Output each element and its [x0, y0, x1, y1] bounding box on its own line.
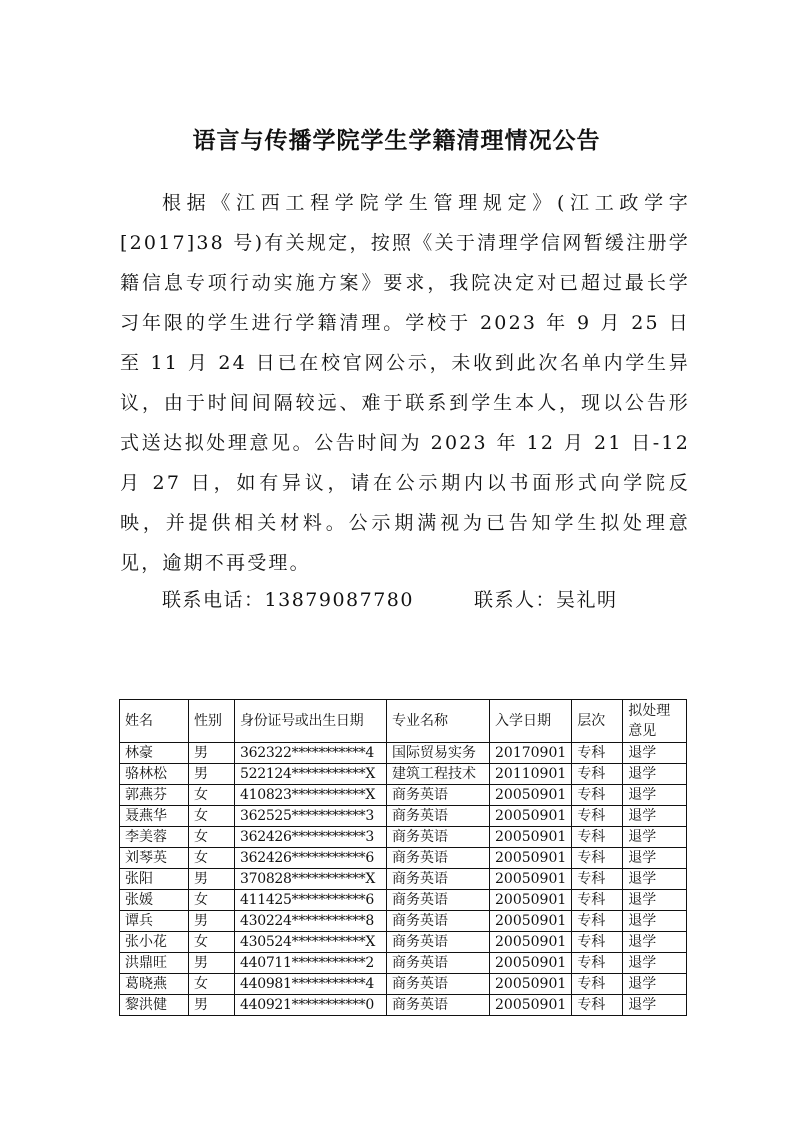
cell-major: 商务英语	[387, 932, 490, 953]
cell-major: 商务英语	[387, 995, 490, 1016]
cell-gender: 女	[189, 827, 235, 848]
cell-id: 430224***********8	[235, 911, 387, 932]
cell-name: 张小花	[120, 932, 189, 953]
cell-major: 商务英语	[387, 911, 490, 932]
table-row: 聂燕华女362525***********3商务英语20050901专科退学	[120, 806, 687, 827]
announcement-body: 根据《江西工程学院学生管理规定》(江工政学字[2017]38 号)有关规定，按照…	[120, 183, 690, 583]
cell-enroll-date: 20050901	[490, 953, 572, 974]
cell-enroll-date: 20050901	[490, 974, 572, 995]
cell-opinion: 退学	[623, 869, 687, 890]
cell-gender: 女	[189, 785, 235, 806]
table-header-row: 姓名 性别 身份证号或出生日期 专业名称 入学日期 层次 拟处理意见	[120, 700, 687, 743]
cell-gender: 男	[189, 869, 235, 890]
cell-gender: 男	[189, 911, 235, 932]
table-row: 张阳男370828***********X商务英语20050901专科退学	[120, 869, 687, 890]
table-row: 谭兵男430224***********8商务英语20050901专科退学	[120, 911, 687, 932]
header-name: 姓名	[120, 700, 189, 743]
cell-major: 商务英语	[387, 785, 490, 806]
cell-enroll-date: 20170901	[490, 743, 572, 764]
cell-major: 商务英语	[387, 974, 490, 995]
cell-level: 专科	[572, 932, 623, 953]
cell-name: 洪鼎旺	[120, 953, 189, 974]
student-table: 姓名 性别 身份证号或出生日期 专业名称 入学日期 层次 拟处理意见 林豪男36…	[119, 699, 687, 1016]
table-row: 葛晓燕女440981***********4商务英语20050901专科退学	[120, 974, 687, 995]
cell-opinion: 退学	[623, 827, 687, 848]
table-row: 刘琴英女362426***********6商务英语20050901专科退学	[120, 848, 687, 869]
cell-level: 专科	[572, 974, 623, 995]
cell-id: 522124***********X	[235, 764, 387, 785]
cell-enroll-date: 20050901	[490, 827, 572, 848]
cell-major: 商务英语	[387, 869, 490, 890]
cell-level: 专科	[572, 995, 623, 1016]
cell-enroll-date: 20110901	[490, 764, 572, 785]
cell-level: 专科	[572, 743, 623, 764]
contact-person: 吴礼明	[556, 585, 618, 612]
cell-enroll-date: 20050901	[490, 932, 572, 953]
cell-level: 专科	[572, 869, 623, 890]
cell-gender: 男	[189, 743, 235, 764]
table-row: 洪鼎旺男440711***********2商务英语20050901专科退学	[120, 953, 687, 974]
cell-opinion: 退学	[623, 743, 687, 764]
cell-id: 440981***********4	[235, 974, 387, 995]
cell-opinion: 退学	[623, 995, 687, 1016]
phone-number: 13879087780	[265, 589, 414, 611]
cell-gender: 女	[189, 974, 235, 995]
cell-id: 440711***********2	[235, 953, 387, 974]
cell-level: 专科	[572, 953, 623, 974]
cell-enroll-date: 20050901	[490, 890, 572, 911]
table-row: 张小花女430524***********X商务英语20050901专科退学	[120, 932, 687, 953]
cell-name: 张媛	[120, 890, 189, 911]
cell-name: 骆林松	[120, 764, 189, 785]
cell-enroll-date: 20050901	[490, 806, 572, 827]
cell-enroll-date: 20050901	[490, 785, 572, 806]
cell-id: 362322***********4	[235, 743, 387, 764]
cell-opinion: 退学	[623, 764, 687, 785]
cell-gender: 女	[189, 806, 235, 827]
cell-gender: 女	[189, 932, 235, 953]
cell-id: 440921***********0	[235, 995, 387, 1016]
cell-level: 专科	[572, 785, 623, 806]
cell-opinion: 退学	[623, 890, 687, 911]
cell-name: 张阳	[120, 869, 189, 890]
cell-enroll-date: 20050901	[490, 869, 572, 890]
cell-name: 葛晓燕	[120, 974, 189, 995]
cell-level: 专科	[572, 827, 623, 848]
cell-major: 商务英语	[387, 827, 490, 848]
contact-person-label: 联系人：	[474, 585, 556, 612]
cell-name: 林豪	[120, 743, 189, 764]
cell-id: 411425***********6	[235, 890, 387, 911]
cell-gender: 男	[189, 995, 235, 1016]
cell-id: 362525***********3	[235, 806, 387, 827]
cell-major: 商务英语	[387, 848, 490, 869]
cell-opinion: 退学	[623, 932, 687, 953]
phone-label: 联系电话：	[162, 585, 265, 612]
cell-opinion: 退学	[623, 806, 687, 827]
page-title: 语言与传播学院学生学籍清理情况公告	[0, 122, 793, 155]
cell-gender: 男	[189, 953, 235, 974]
cell-level: 专科	[572, 764, 623, 785]
cell-opinion: 退学	[623, 953, 687, 974]
cell-id: 430524***********X	[235, 932, 387, 953]
cell-opinion: 退学	[623, 911, 687, 932]
cell-gender: 男	[189, 764, 235, 785]
table-row: 郭燕芬女410823***********X商务英语20050901专科退学	[120, 785, 687, 806]
cell-major: 商务英语	[387, 806, 490, 827]
cell-name: 聂燕华	[120, 806, 189, 827]
cell-gender: 女	[189, 848, 235, 869]
cell-major: 商务英语	[387, 890, 490, 911]
cell-name: 郭燕芬	[120, 785, 189, 806]
cell-major: 建筑工程技术	[387, 764, 490, 785]
cell-level: 专科	[572, 911, 623, 932]
cell-id: 362426***********6	[235, 848, 387, 869]
header-opinion: 拟处理意见	[623, 700, 687, 743]
table-row: 李美蓉女362426***********3商务英语20050901专科退学	[120, 827, 687, 848]
cell-id: 362426***********3	[235, 827, 387, 848]
header-major: 专业名称	[387, 700, 490, 743]
table-row: 骆林松男522124***********X建筑工程技术20110901专科退学	[120, 764, 687, 785]
table-row: 林豪男362322***********4国际贸易实务20170901专科退学	[120, 743, 687, 764]
cell-name: 刘琴英	[120, 848, 189, 869]
cell-opinion: 退学	[623, 848, 687, 869]
cell-level: 专科	[572, 806, 623, 827]
cell-name: 谭兵	[120, 911, 189, 932]
cell-name: 黎洪健	[120, 995, 189, 1016]
cell-level: 专科	[572, 848, 623, 869]
cell-id: 370828***********X	[235, 869, 387, 890]
cell-id: 410823***********X	[235, 785, 387, 806]
cell-opinion: 退学	[623, 974, 687, 995]
cell-major: 商务英语	[387, 953, 490, 974]
cell-level: 专科	[572, 890, 623, 911]
cell-major: 国际贸易实务	[387, 743, 490, 764]
cell-opinion: 退学	[623, 785, 687, 806]
table-row: 张媛女411425***********6商务英语20050901专科退学	[120, 890, 687, 911]
header-level: 层次	[572, 700, 623, 743]
header-id: 身份证号或出生日期	[235, 700, 387, 743]
cell-enroll-date: 20050901	[490, 848, 572, 869]
header-enroll-date: 入学日期	[490, 700, 572, 743]
cell-gender: 女	[189, 890, 235, 911]
cell-enroll-date: 20050901	[490, 995, 572, 1016]
table-row: 黎洪健男440921***********0商务英语20050901专科退学	[120, 995, 687, 1016]
header-gender: 性别	[189, 700, 235, 743]
contact-line: 联系电话：13879087780联系人：吴礼明	[162, 585, 618, 612]
cell-name: 李美蓉	[120, 827, 189, 848]
cell-enroll-date: 20050901	[490, 911, 572, 932]
